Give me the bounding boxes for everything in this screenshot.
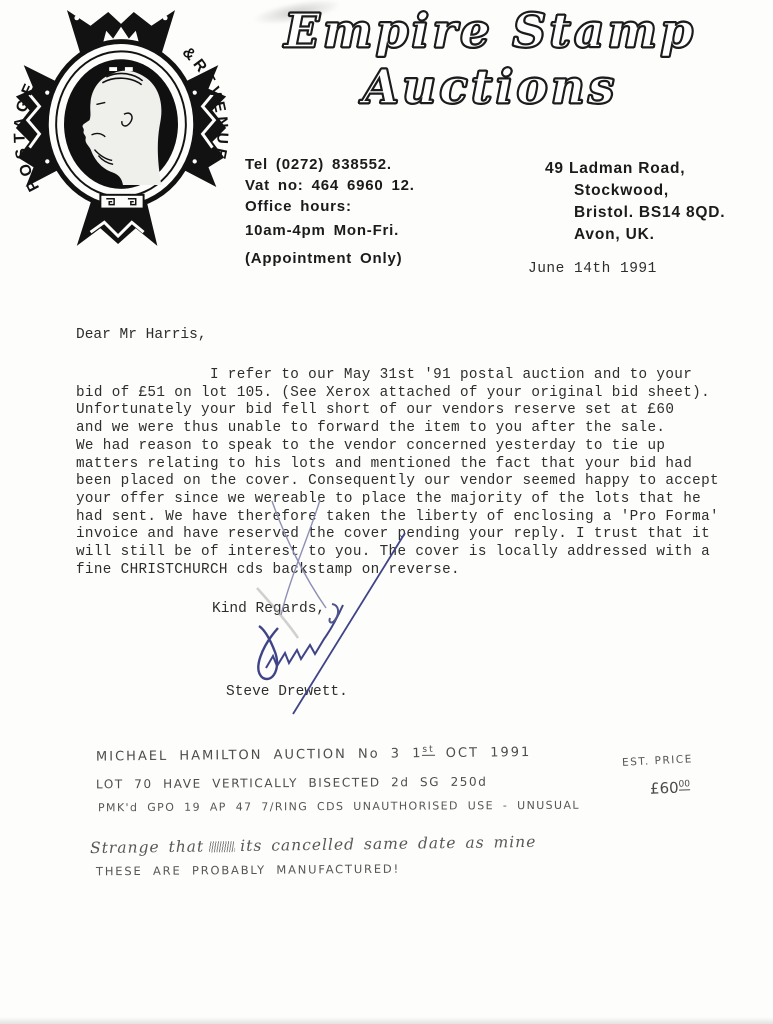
address-line2: Stockwood, [545,180,725,202]
handwritten-lot-note: LOT 70 HAVE VERTICALLY BISECTED 2d SG 25… [96,775,488,792]
price-superscript: 00 [678,779,690,790]
postage-revenue-stamp-emblem: POSTAGE &REVENUE [8,2,234,254]
letterhead: Empire Stamp Auctions [240,6,740,113]
emblem-dot [163,16,168,21]
scanned-letter-page: POSTAGE &REVENUE Empire Stamp Auctions T… [0,0,773,1024]
contact-hours-label: Office hours: [245,198,415,215]
salutation: Dear Mr Harris, [76,327,207,343]
letterhead-title-line1: Empire Stamp [240,6,740,58]
address-line4: Avon, UK. [545,224,725,246]
emblem-greek-key [100,195,143,209]
contact-appointment: (Appointment Only) [245,250,415,267]
price-number: 60 [659,779,679,798]
signature-ink [190,478,550,728]
flourish-stroke [272,501,326,608]
emblem-dot [45,159,49,163]
auction-note-date: OCT 1991 [435,745,532,761]
pound-sign: £ [650,779,660,797]
address-line3: Bristol. BS14 8QD. [545,202,725,224]
emblem-dot [193,159,197,163]
handwritten-cursive-note: Strange thatits cancelled same date as m… [90,833,537,857]
contact-tel: Tel (0272) 838552. [245,156,415,173]
contact-block: Tel (0272) 838552. Vat no: 464 6960 12. … [245,156,415,271]
contact-hours: 10am-4pm Mon-Fri. [245,222,415,239]
emblem-dot [74,16,79,21]
estimated-price-value: £6000 [650,778,691,797]
cursive-note-end: its cancelled same date as mine [240,833,536,855]
scan-bottom-edge [0,1017,773,1024]
handwritten-conclusion-note: THESE ARE PROBABLY MANUFACTURED! [96,862,400,879]
handwritten-postmark-note: PMK'd GPO 19 AP 47 7/RING CDS UNAUTHORIS… [98,799,580,815]
estimated-price-label: EST. PRICE [622,753,693,769]
signature-loop [258,626,278,679]
contact-vat: Vat no: 464 6960 12. [245,177,415,194]
flourish-stroke [281,500,320,615]
crossed-out-scribble [209,841,235,852]
address-block: 49 Ladman Road, Stockwood, Bristol. BS14… [545,158,725,246]
address-line1: 49 Ladman Road, [545,158,725,180]
signature-long-diagonal [293,533,405,714]
auction-note-superscript: st [422,745,434,756]
letterhead-title-line2: Auctions [240,62,740,114]
handwritten-auction-note: MICHAEL HAMILTON AUCTION No 3 1st OCT 19… [96,744,531,765]
cursive-note-start: Strange that [90,838,204,858]
auction-note-text: MICHAEL HAMILTON AUCTION No 3 1 [96,746,423,764]
letter-date: June 14th 1991 [528,261,657,277]
